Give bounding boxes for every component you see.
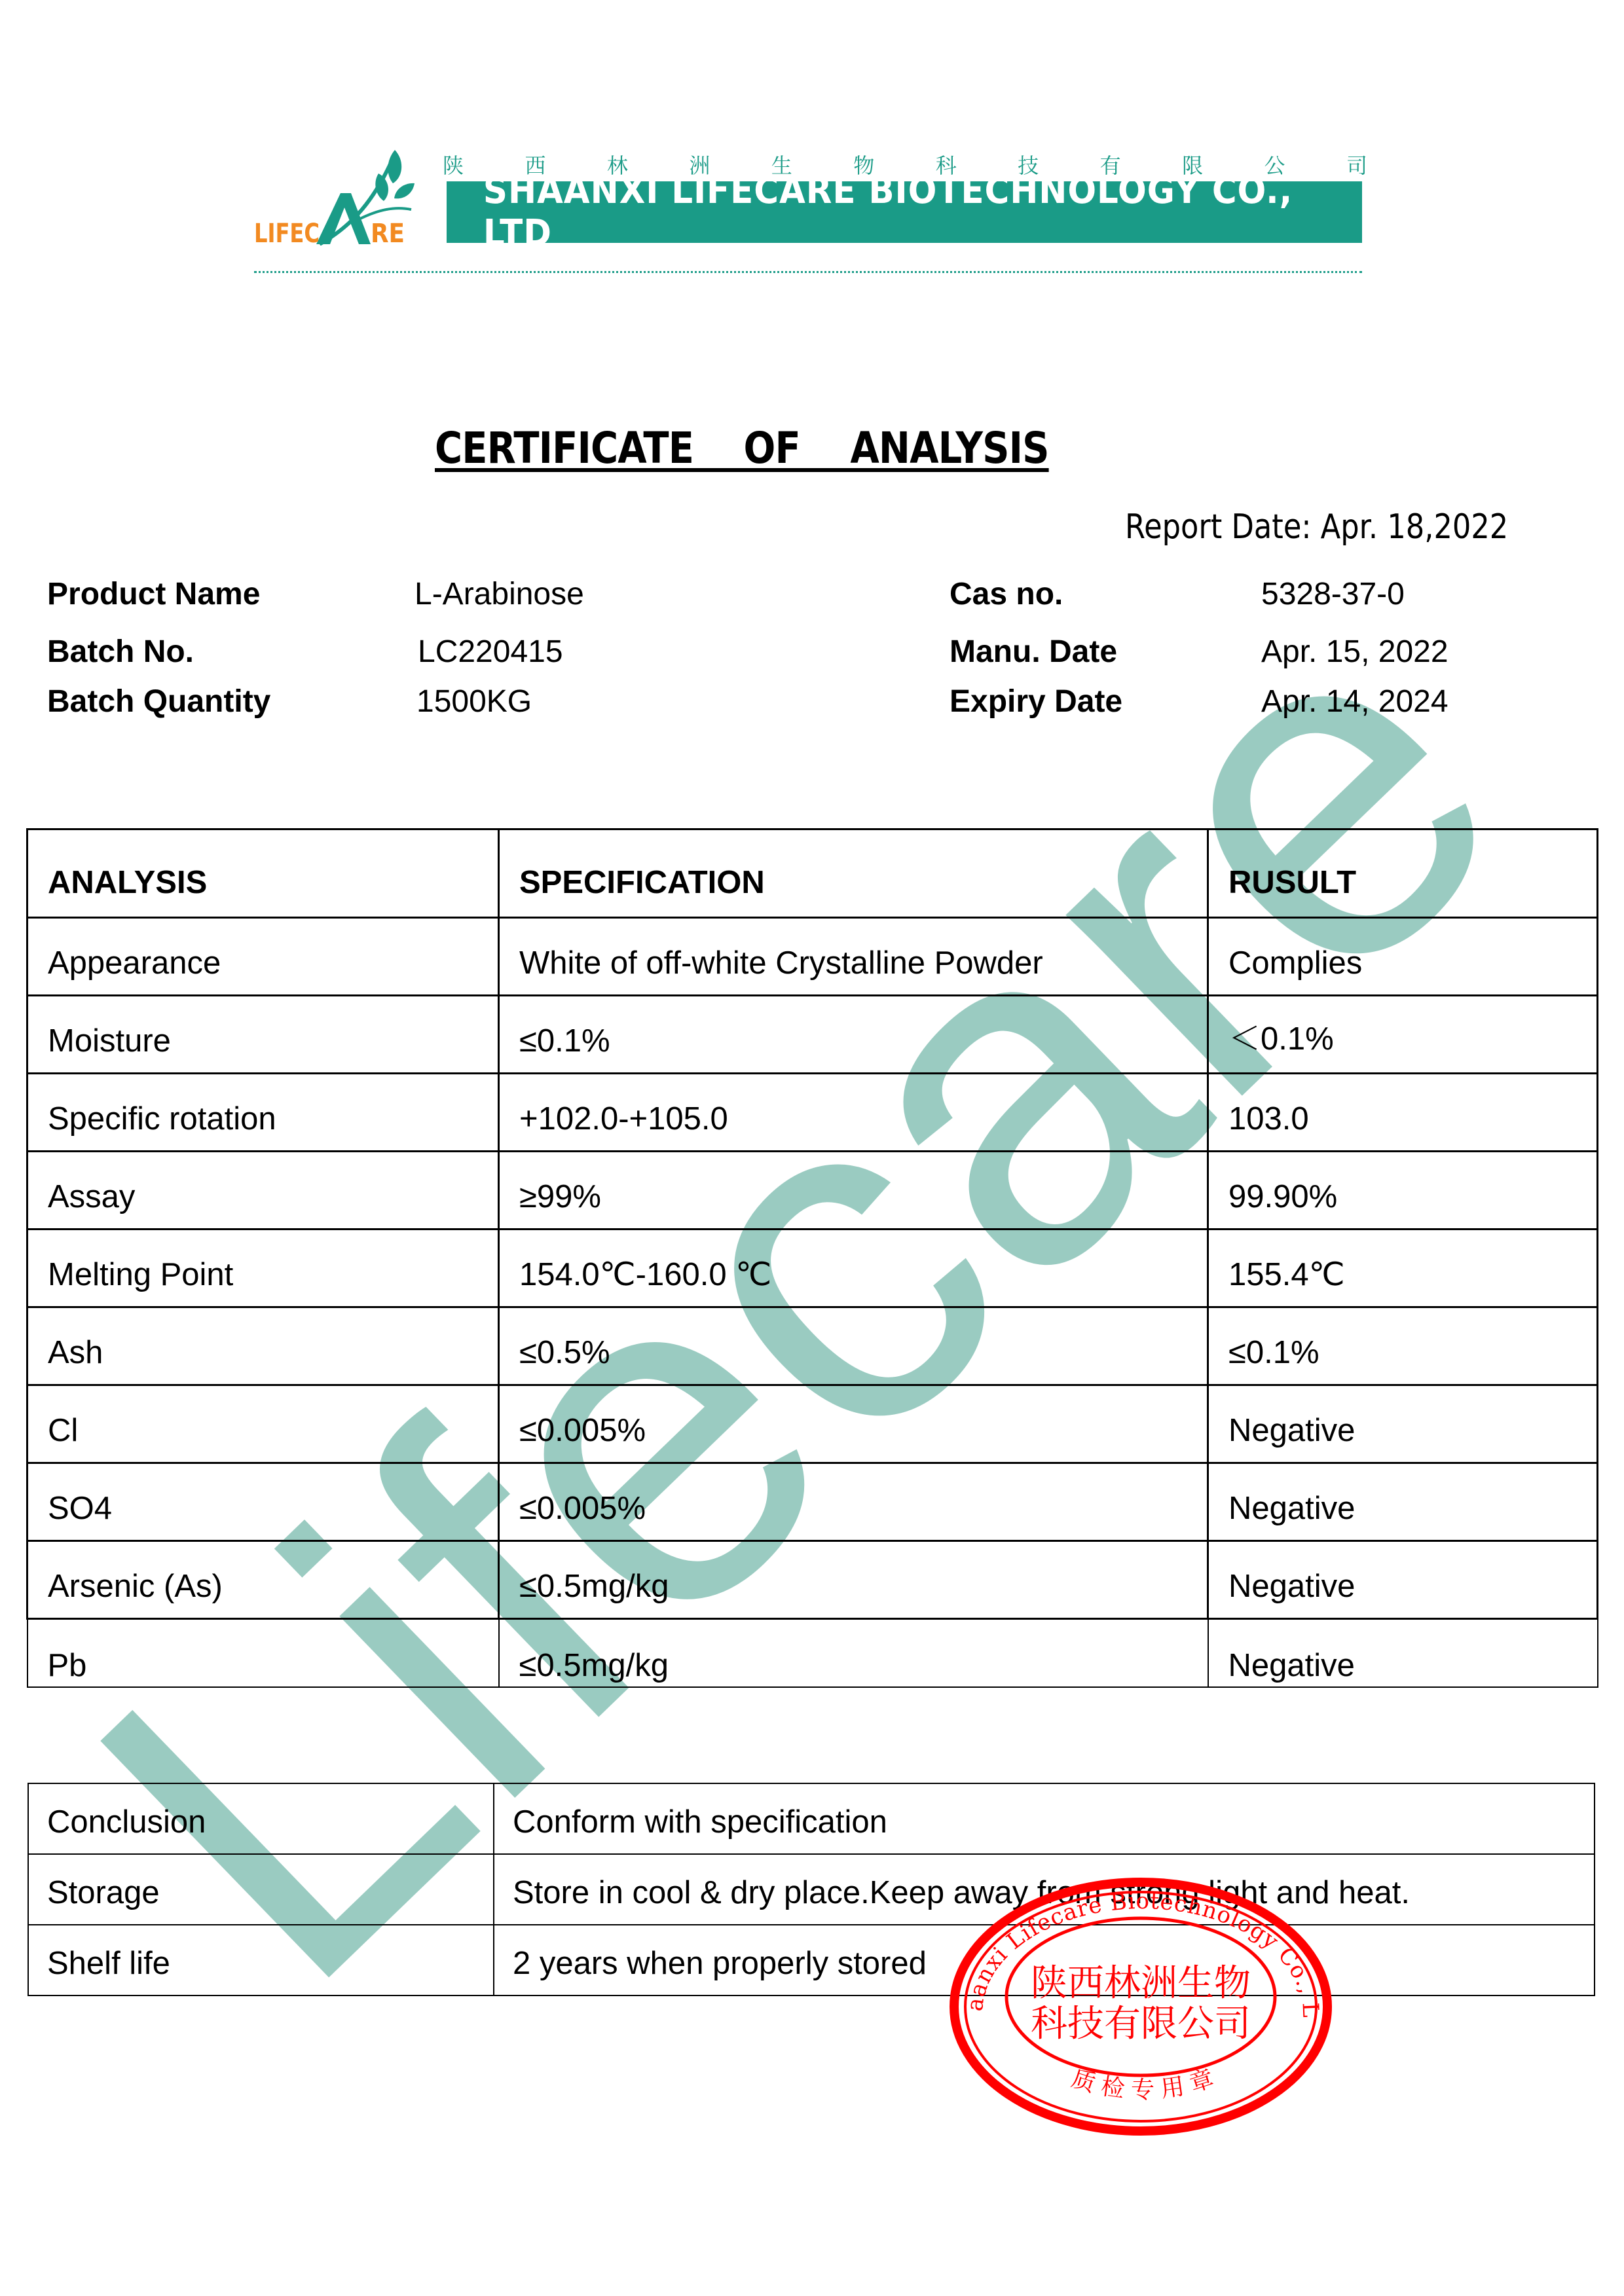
conclusion-value: Conform with specification: [494, 1783, 1595, 1854]
column-header-specification: SPECIFICATION: [499, 829, 1208, 918]
analysis-cell: Pb: [28, 1619, 499, 1688]
batch-no-label: Batch No.: [47, 634, 194, 670]
table-row: Ash ≤0.5% ≤0.1%: [28, 1307, 1598, 1385]
result-cell: ＜0.1%: [1208, 996, 1598, 1074]
report-date: Report Date: Apr. 18,2022: [1125, 507, 1508, 547]
column-header-result: RUSULT: [1208, 829, 1598, 918]
specification-cell: +102.0-+105.0: [499, 1074, 1208, 1152]
result-cell: Negative: [1208, 1385, 1598, 1463]
cas-no-value: 5328-37-0: [1261, 576, 1405, 612]
analysis-cell: Melting Point: [28, 1230, 499, 1307]
result-cell: ≤0.1%: [1208, 1307, 1598, 1385]
expiry-date-label: Expiry Date: [950, 683, 1122, 720]
svg-text:科技有限公司: 科技有限公司: [1031, 2003, 1251, 2045]
cn-char: 司: [1344, 149, 1370, 175]
svg-text:LIFEC: LIFEC: [254, 219, 320, 246]
seal-icon: Shaanxi Lifecare Biotechnology Co., Ltd …: [943, 1872, 1342, 2141]
specification-cell: ≤0.1%: [499, 996, 1208, 1074]
table-row: Arsenic (As) ≤0.5mg/kg Negative: [28, 1541, 1598, 1619]
batch-quantity-value: 1500KG: [416, 683, 532, 720]
specification-cell: ≤0.005%: [499, 1385, 1208, 1463]
result-cell: 99.90%: [1208, 1152, 1598, 1230]
svg-text:陕西林洲生物: 陕西林洲生物: [1031, 1962, 1251, 2005]
company-seal: Shaanxi Lifecare Biotechnology Co., Ltd …: [943, 1872, 1342, 2141]
table-row: Pb ≤0.5mg/kg Negative: [28, 1619, 1598, 1688]
table-row: Specific rotation +102.0-+105.0 103.0: [28, 1074, 1598, 1152]
specification-cell: ≤0.5%: [499, 1307, 1208, 1385]
company-logo: LIFEC RE: [254, 147, 418, 246]
batch-no-value: LC220415: [418, 634, 563, 670]
result-cell: Complies: [1208, 918, 1598, 996]
specification-cell: ≤0.5mg/kg: [499, 1541, 1208, 1619]
specification-cell: ≥99%: [499, 1152, 1208, 1230]
table-row: Appearance White of off-white Crystallin…: [28, 918, 1598, 996]
product-name-label: Product Name: [47, 576, 260, 612]
table-row: Storage Store in cool & dry place.Keep a…: [28, 1854, 1595, 1925]
result-cell: Negative: [1208, 1541, 1598, 1619]
table-row: Conclusion Conform with specification: [28, 1783, 1595, 1854]
product-name-value: L-Arabinose: [415, 576, 584, 612]
analysis-cell: Moisture: [28, 996, 499, 1074]
specification-cell: ≤0.5mg/kg: [499, 1619, 1208, 1688]
analysis-cell: Ash: [28, 1307, 499, 1385]
shelf-life-label: Shelf life: [28, 1925, 494, 1995]
cn-char: 陕: [440, 149, 466, 175]
svg-text:RE: RE: [371, 219, 405, 246]
conclusion-table: Conclusion Conform with specification St…: [28, 1783, 1595, 1996]
column-header-analysis: ANALYSIS: [28, 829, 499, 918]
expiry-date-value: Apr. 14, 2024: [1261, 683, 1449, 720]
table-row: Melting Point 154.0℃-160.0 ℃ 155.4℃: [28, 1230, 1598, 1307]
header-divider: [254, 271, 1362, 273]
company-name-banner: SHAANXI LIFECARE BIOTECHNOLOGY CO., LTD: [447, 181, 1362, 243]
analysis-results-table: ANALYSIS SPECIFICATION RUSULT Appearance…: [26, 828, 1598, 1688]
analysis-cell: SO4: [28, 1463, 499, 1541]
storage-label: Storage: [28, 1854, 494, 1925]
document-title: CERTIFICATE OF ANALYSIS: [435, 423, 1049, 473]
specification-cell: White of off-white Crystalline Powder: [499, 918, 1208, 996]
analysis-cell: Assay: [28, 1152, 499, 1230]
cas-no-label: Cas no.: [950, 576, 1063, 612]
batch-quantity-label: Batch Quantity: [47, 683, 270, 720]
analysis-cell: Cl: [28, 1385, 499, 1463]
conclusion-label: Conclusion: [28, 1783, 494, 1854]
analysis-cell: Appearance: [28, 918, 499, 996]
svg-text:质 检 专 用 章: 质 检 专 用 章: [1068, 2065, 1217, 2104]
result-cell: Negative: [1208, 1619, 1598, 1688]
specification-cell: 154.0℃-160.0 ℃: [499, 1230, 1208, 1307]
specification-cell: ≤0.005%: [499, 1463, 1208, 1541]
analysis-cell: Arsenic (As): [28, 1541, 499, 1619]
manu-date-value: Apr. 15, 2022: [1261, 634, 1449, 670]
analysis-cell: Specific rotation: [28, 1074, 499, 1152]
table-row: Cl ≤0.005% Negative: [28, 1385, 1598, 1463]
table-row: Assay ≥99% 99.90%: [28, 1152, 1598, 1230]
result-cell: Negative: [1208, 1463, 1598, 1541]
result-cell: 103.0: [1208, 1074, 1598, 1152]
table-header-row: ANALYSIS SPECIFICATION RUSULT: [28, 829, 1598, 918]
manu-date-label: Manu. Date: [950, 634, 1117, 670]
company-name-english: SHAANXI LIFECARE BIOTECHNOLOGY CO., LTD: [483, 170, 1325, 255]
result-cell: 155.4℃: [1208, 1230, 1598, 1307]
table-row: SO4 ≤0.005% Negative: [28, 1463, 1598, 1541]
table-row: Shelf life 2 years when properly stored: [28, 1925, 1595, 1995]
table-row: Moisture ≤0.1% ＜0.1%: [28, 996, 1598, 1074]
leaf-branch-icon: LIFEC RE: [254, 147, 418, 246]
